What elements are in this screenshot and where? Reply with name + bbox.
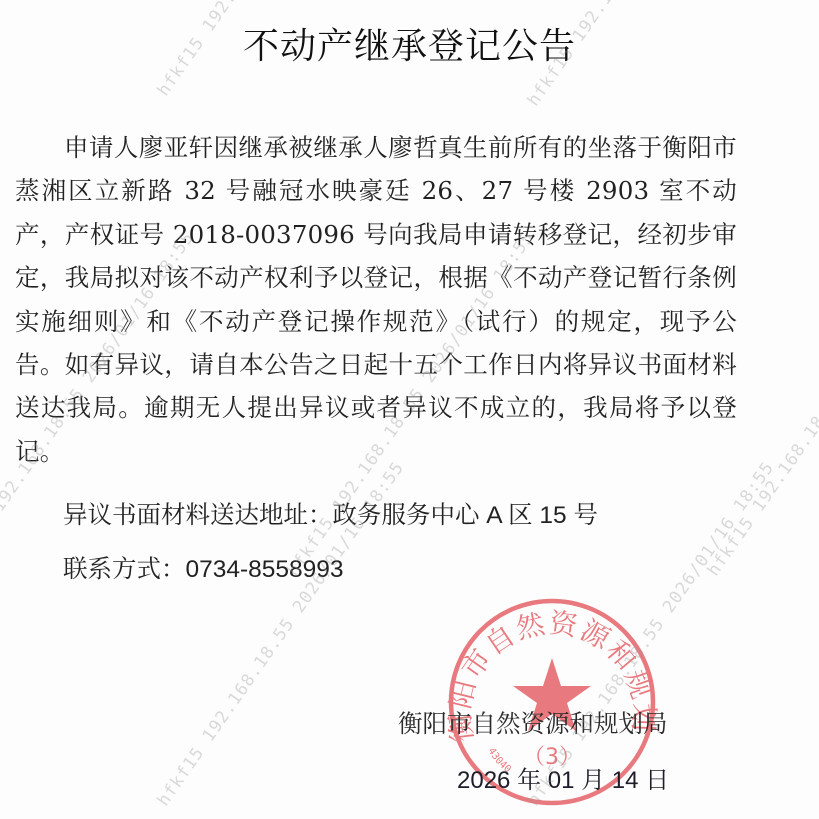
contact-info: 联系方式：0734-8558993 xyxy=(63,550,344,585)
date-month: 01 xyxy=(548,767,575,794)
date-month-unit: 月 xyxy=(581,766,605,794)
document-page: 不动产继承登记公告 申请人廖亚轩因继承被继承人廖哲真生前所有的坐落于衡阳市蒸湘区… xyxy=(0,0,819,819)
issuing-authority: 衡阳市自然资源和规划局 xyxy=(398,705,668,740)
date-year-unit: 年 xyxy=(517,766,541,794)
document-title: 不动产继承登记公告 xyxy=(0,18,819,69)
contact-label: 联系方式： xyxy=(63,554,186,583)
address-value: 政务服务中心 A 区 15 号 xyxy=(333,502,598,529)
objection-address: 异议书面材料送达地址：政务服务中心 A 区 15 号 xyxy=(63,496,598,531)
announcement-body: 申请人廖亚轩因继承被继承人廖哲真生前所有的坐落于衡阳市蒸湘区立新路 32 号融冠… xyxy=(15,126,737,473)
date-year: 2026 xyxy=(457,767,510,794)
announcement-paragraph: 申请人廖亚轩因继承被继承人廖哲真生前所有的坐落于衡阳市蒸湘区立新路 32 号融冠… xyxy=(15,126,737,473)
date-day-unit: 日 xyxy=(645,766,669,794)
issue-date: 2026 年 01 月 14 日 xyxy=(457,760,669,795)
contact-phone: 0734-8558993 xyxy=(186,556,344,583)
date-day: 14 xyxy=(612,767,639,794)
address-label: 异议书面材料送达地址： xyxy=(63,500,333,529)
